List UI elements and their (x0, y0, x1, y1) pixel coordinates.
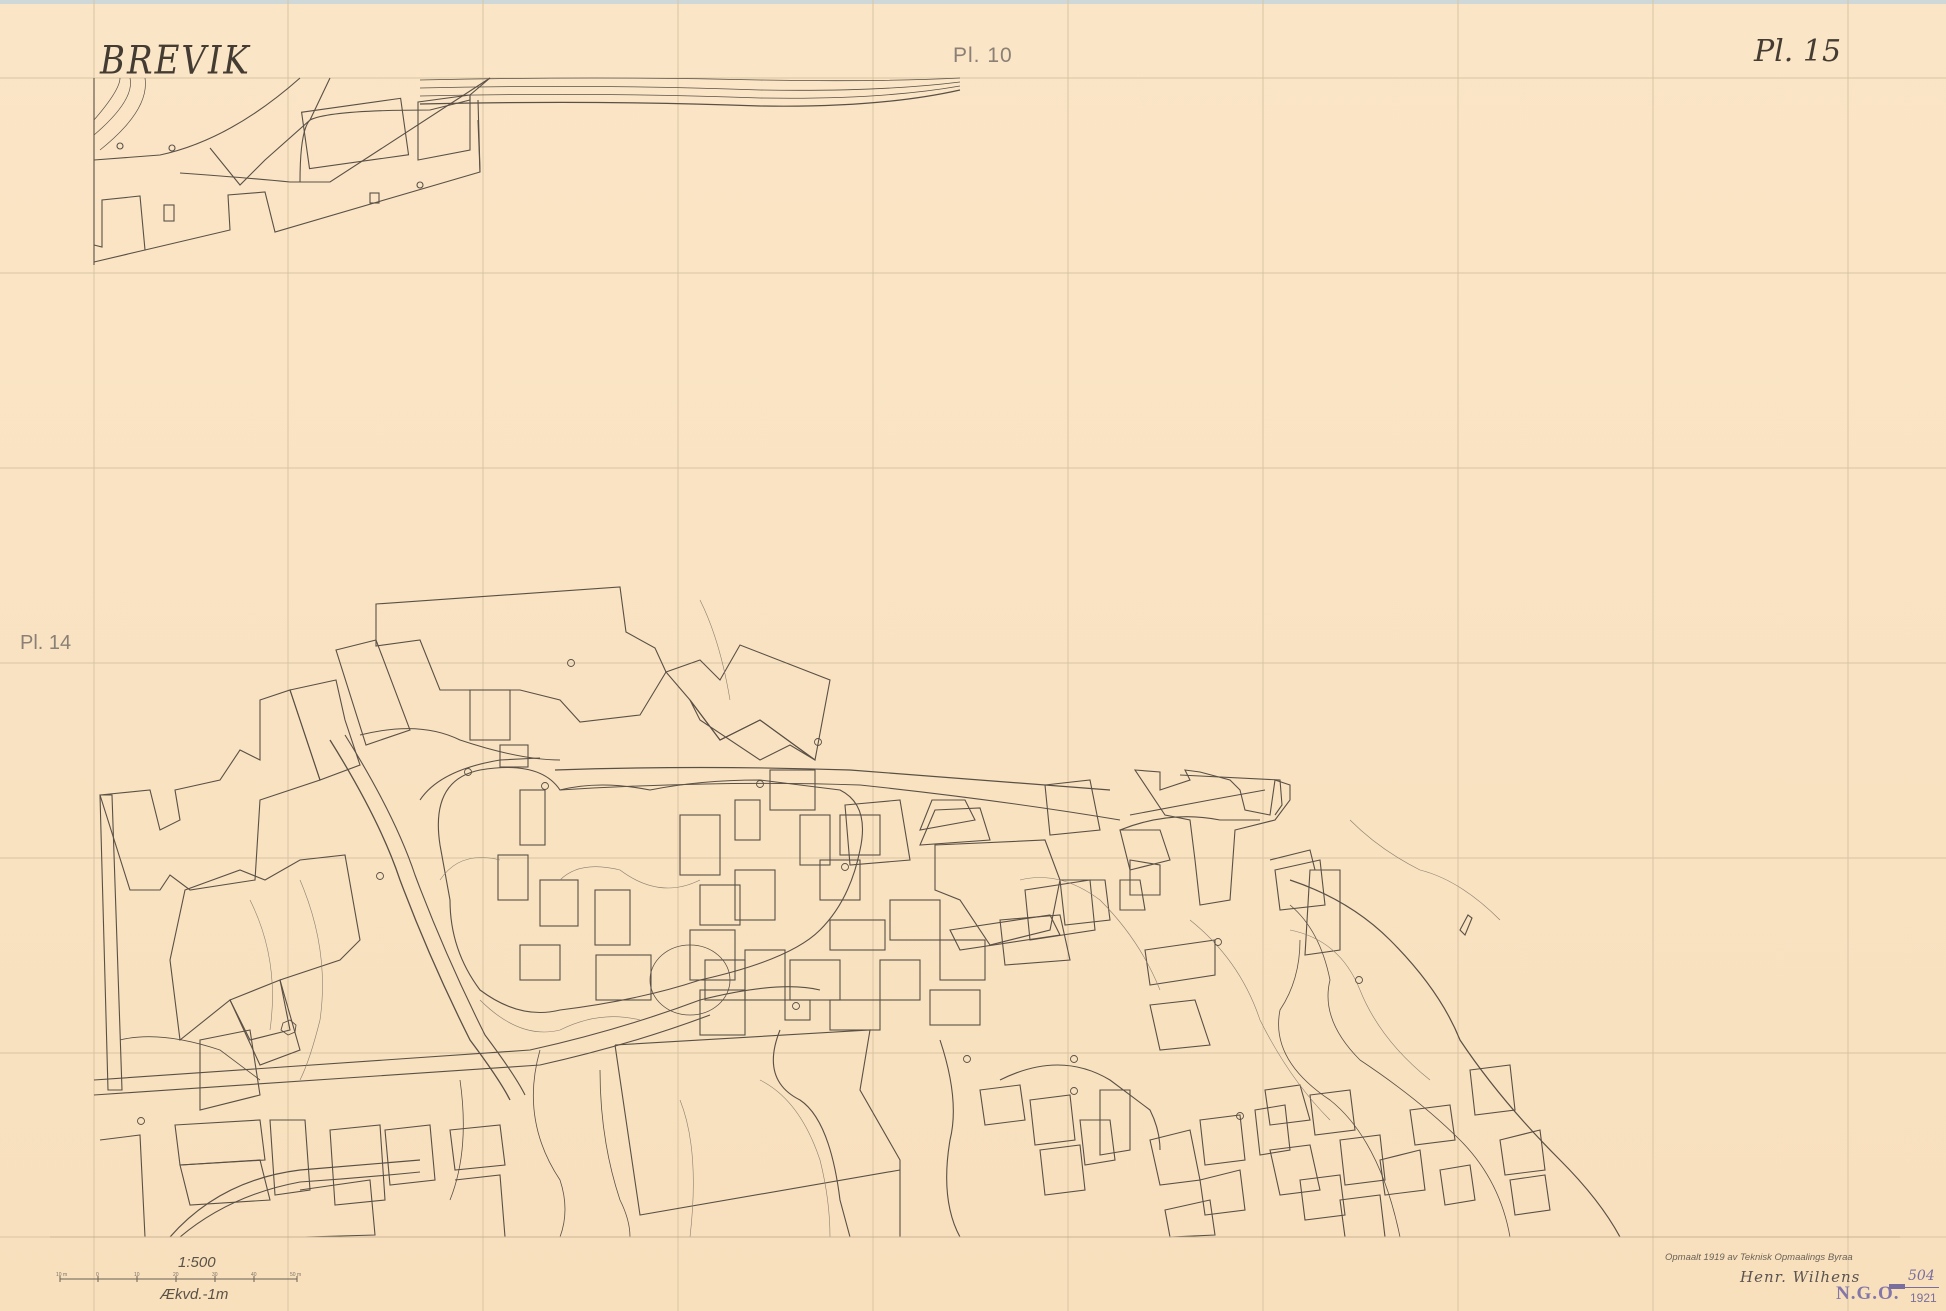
adjacent-sheet-north: Pl. 10 (953, 44, 1013, 68)
map-title: BREVIK (100, 38, 251, 84)
scale-tick: 20 (173, 1272, 179, 1278)
north-fragment (94, 78, 960, 265)
coordinate-grid (0, 0, 1946, 1311)
map-drawing (0, 0, 1946, 1311)
plate-number: Pl. 15 (1754, 34, 1841, 69)
adjacent-sheet-west: Pl. 14 (20, 632, 71, 655)
scale-tick: 10 m (56, 1272, 67, 1278)
stamp-fraction-rule (1905, 1287, 1939, 1288)
contour-interval: Ækvd.-1m (160, 1286, 228, 1303)
scale-tick: 0 (96, 1272, 99, 1278)
town-plan (94, 587, 1620, 1237)
stamp-mark (1889, 1284, 1905, 1289)
archive-stamp-year: 1921 (1910, 1291, 1937, 1305)
scale-tick: 40 (251, 1272, 257, 1278)
scale-tick: 10 (134, 1272, 140, 1278)
archive-stamp-number: 504 (1908, 1268, 1935, 1284)
scale-tick: 50 m (290, 1272, 301, 1278)
scale-ratio: 1:500 (178, 1254, 216, 1271)
survey-credit: Opmaalt 1919 av Teknisk Opmaalings Byraa (1665, 1252, 1853, 1263)
scale-tick: 30 (212, 1272, 218, 1278)
